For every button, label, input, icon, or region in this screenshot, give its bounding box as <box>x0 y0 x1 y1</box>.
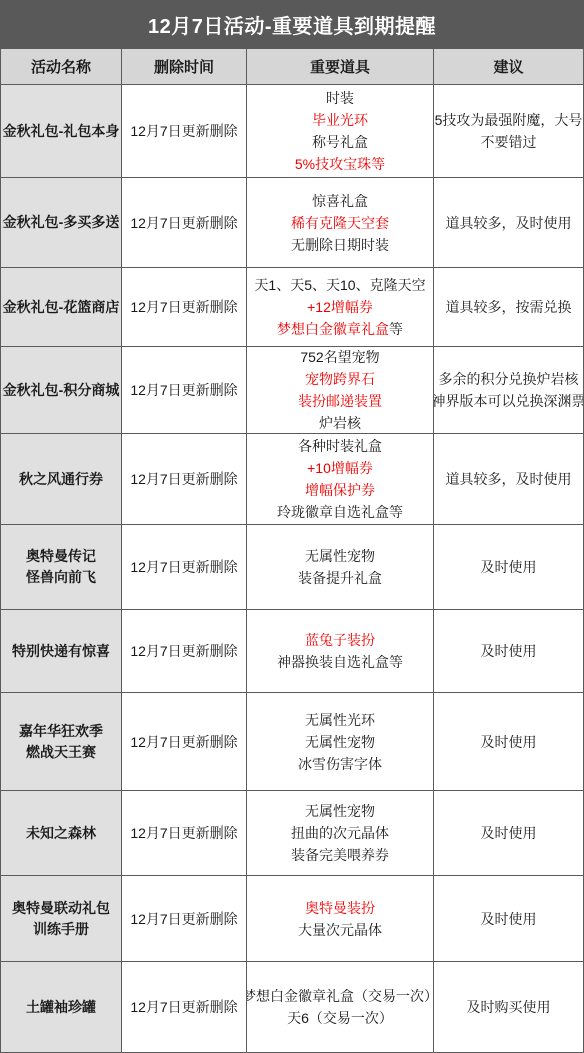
table-row: 土罐袖珍罐12月7日更新删除梦想白金徽章礼盒（交易一次）天6（交易一次）及时购买… <box>1 962 583 1053</box>
delete-time-cell: 12月7日更新删除 <box>122 693 247 790</box>
delete-time-text: 12月7日更新删除 <box>130 380 237 400</box>
delete-time-cell: 12月7日更新删除 <box>122 434 247 524</box>
item-text: 神器换装自选礼盒等 <box>277 654 403 670</box>
item-text-highlight: 蓝兔子装扮 <box>305 632 375 648</box>
item-line: 冰雪伤害字体 <box>298 753 382 775</box>
important-items-cell: 无属性光环无属性宠物冰雪伤害字体 <box>247 693 434 790</box>
activity-name-cell: 金秋礼包-花篮商店 <box>1 268 122 346</box>
item-text-highlight: 稀有克隆天空套 <box>291 215 389 231</box>
item-line: 装备提升礼盒 <box>298 567 382 589</box>
activity-name-line: 燃战天王赛 <box>26 742 96 763</box>
item-line: 扭曲的次元晶体 <box>291 822 389 844</box>
item-text: 无属性光环 <box>305 712 375 728</box>
delete-time-text: 12月7日更新删除 <box>130 997 237 1017</box>
advice-line: 及时使用 <box>481 731 537 753</box>
item-line: 毕业光环 <box>312 109 368 131</box>
item-text: 等 <box>389 321 403 337</box>
item-text: 无删除日期时装 <box>291 237 389 253</box>
item-text-highlight: 增幅保护券 <box>305 482 375 498</box>
activity-name-cell: 奥特曼联动礼包训练手册 <box>1 876 122 961</box>
table-row: 金秋礼包-积分商城12月7日更新删除752名望宠物宠物跨界石装扮邮递装置炉岩核多… <box>1 347 583 434</box>
advice-line: 及时使用 <box>481 556 537 578</box>
important-items-cell: 天1、天5、天10、克隆天空+12增幅券梦想白金徽章礼盒等 <box>247 268 434 346</box>
item-text-highlight: 宠物跨界石 <box>305 371 375 387</box>
advice-line: 道具较多，按需兑换 <box>446 296 572 318</box>
item-line: 称号礼盒 <box>312 131 368 153</box>
table-row: 奥特曼联动礼包训练手册12月7日更新删除奥特曼装扮大量次元晶体及时使用 <box>1 876 583 962</box>
item-line: 天1、天5、天10、克隆天空 <box>254 274 425 296</box>
column-header-activity-name: 活动名称 <box>1 49 122 84</box>
important-items-cell: 无属性宠物扭曲的次元晶体装备完美喂养券 <box>247 791 434 875</box>
item-line: 稀有克隆天空套 <box>291 212 389 234</box>
delete-time-cell: 12月7日更新删除 <box>122 525 247 609</box>
advice-cell: 及时购买使用 <box>434 962 583 1052</box>
advice-line: 不要错过 <box>481 131 537 153</box>
item-text-highlight: +12增幅券 <box>307 299 373 315</box>
item-line: 752名望宠物 <box>300 347 379 368</box>
item-text: 梦想白金徽章礼盒（交易一次） <box>247 988 434 1004</box>
table-row: 奥特曼传记怪兽向前飞12月7日更新删除无属性宠物装备提升礼盒及时使用 <box>1 525 583 610</box>
advice-line: 5技攻为最强附魔，大号 <box>435 109 583 131</box>
item-text-highlight: 毕业光环 <box>312 112 368 128</box>
advice-cell: 多余的积分兑换炉岩核神界版本可以兑换深渊票 <box>434 347 583 433</box>
delete-time-text: 12月7日更新删除 <box>130 213 237 233</box>
advice-cell: 及时使用 <box>434 791 583 875</box>
item-line: 宠物跨界石 <box>305 368 375 390</box>
table-row: 秋之风通行券12月7日更新删除各种时装礼盒+10增幅券增幅保护券玲珑徽章自选礼盒… <box>1 434 583 525</box>
activity-name-cell: 奥特曼传记怪兽向前飞 <box>1 525 122 609</box>
column-header-important-items: 重要道具 <box>247 49 434 84</box>
activity-name-line: 奥特曼联动礼包 <box>12 898 110 919</box>
delete-time-text: 12月7日更新删除 <box>130 469 237 489</box>
activity-name-line: 未知之森林 <box>26 823 96 844</box>
item-text: 无属性宠物 <box>305 548 375 564</box>
important-items-cell: 无属性宠物装备提升礼盒 <box>247 525 434 609</box>
item-text: 炉岩核 <box>319 415 361 431</box>
delete-time-cell: 12月7日更新删除 <box>122 610 247 692</box>
item-text: 冰雪伤害字体 <box>298 756 382 772</box>
advice-line: 及时使用 <box>481 822 537 844</box>
delete-time-cell: 12月7日更新删除 <box>122 876 247 961</box>
important-items-cell: 梦想白金徽章礼盒（交易一次）天6（交易一次） <box>247 962 434 1052</box>
item-line: 惊喜礼盒 <box>312 190 368 212</box>
item-line: 装扮邮递装置 <box>298 390 382 412</box>
advice-line: 道具较多，及时使用 <box>446 212 572 234</box>
important-items-cell: 752名望宠物宠物跨界石装扮邮递装置炉岩核 <box>247 347 434 433</box>
advice-line: 及时购买使用 <box>467 996 551 1018</box>
item-line: 梦想白金徽章礼盒等 <box>277 318 403 340</box>
delete-time-cell: 12月7日更新删除 <box>122 347 247 433</box>
item-line: 玲珑徽章自选礼盒等 <box>277 501 403 523</box>
column-header-delete-time: 删除时间 <box>122 49 247 84</box>
activity-name-line: 嘉年华狂欢季 <box>19 721 103 742</box>
item-line: 无属性宠物 <box>305 800 375 822</box>
advice-cell: 5技攻为最强附魔，大号不要错过 <box>434 85 583 177</box>
activity-name-line: 秋之风通行券 <box>19 469 103 490</box>
activity-name-cell: 土罐袖珍罐 <box>1 962 122 1052</box>
delete-time-text: 12月7日更新删除 <box>130 557 237 577</box>
item-text: 惊喜礼盒 <box>312 193 368 209</box>
activity-name-cell: 未知之森林 <box>1 791 122 875</box>
item-line: +10增幅券 <box>307 457 373 479</box>
delete-time-text: 12月7日更新删除 <box>130 297 237 317</box>
item-text: 无属性宠物 <box>305 803 375 819</box>
item-text-highlight: 装扮邮递装置 <box>298 393 382 409</box>
item-line: 奥特曼装扮 <box>305 897 375 919</box>
item-line: 蓝兔子装扮 <box>305 629 375 651</box>
item-text: 玲珑徽章自选礼盒等 <box>277 504 403 520</box>
important-items-cell: 奥特曼装扮大量次元晶体 <box>247 876 434 961</box>
item-text: 天1、天5、天10、克隆天空 <box>254 277 425 293</box>
item-line: 各种时装礼盒 <box>298 435 382 457</box>
item-line: 梦想白金徽章礼盒（交易一次） <box>247 985 434 1007</box>
advice-cell: 及时使用 <box>434 693 583 790</box>
page: 12月7日活动-重要道具到期提醒 活动名称 删除时间 重要道具 建议 金秋礼包-… <box>0 0 584 1053</box>
item-line: +12增幅券 <box>307 296 373 318</box>
item-text: 称号礼盒 <box>312 134 368 150</box>
table-header-row: 活动名称 删除时间 重要道具 建议 <box>1 49 583 85</box>
advice-line: 及时使用 <box>481 640 537 662</box>
advice-line: 神界版本可以兑换深渊票 <box>434 390 583 412</box>
reminder-table: 活动名称 删除时间 重要道具 建议 金秋礼包-礼包本身12月7日更新删除时装毕业… <box>0 49 584 1053</box>
delete-time-cell: 12月7日更新删除 <box>122 178 247 267</box>
advice-line: 道具较多，及时使用 <box>446 468 572 490</box>
table-row: 未知之森林12月7日更新删除无属性宠物扭曲的次元晶体装备完美喂养券及时使用 <box>1 791 583 876</box>
delete-time-text: 12月7日更新删除 <box>130 641 237 661</box>
activity-name-cell: 秋之风通行券 <box>1 434 122 524</box>
table-row: 特别快递有惊喜12月7日更新删除蓝兔子装扮神器换装自选礼盒等及时使用 <box>1 610 583 693</box>
item-line: 大量次元晶体 <box>298 919 382 941</box>
item-text: 各种时装礼盒 <box>298 438 382 454</box>
delete-time-text: 12月7日更新删除 <box>130 823 237 843</box>
activity-name-cell: 金秋礼包-多买多送 <box>1 178 122 267</box>
item-line: 无属性光环 <box>305 709 375 731</box>
advice-cell: 道具较多，及时使用 <box>434 434 583 524</box>
advice-line: 及时使用 <box>481 908 537 930</box>
advice-line: 多余的积分兑换炉岩核 <box>439 368 579 390</box>
item-line: 无属性宠物 <box>305 731 375 753</box>
page-title: 12月7日活动-重要道具到期提醒 <box>0 0 584 49</box>
activity-name-line: 金秋礼包-礼包本身 <box>3 121 120 142</box>
item-line: 5%技攻宝珠等 <box>295 153 385 175</box>
item-line: 神器换装自选礼盒等 <box>277 651 403 673</box>
table-body: 金秋礼包-礼包本身12月7日更新删除时装毕业光环称号礼盒5%技攻宝珠等5技攻为最… <box>1 85 583 1053</box>
item-text: 752名望宠物 <box>300 349 379 365</box>
item-line: 装备完美喂养券 <box>291 844 389 866</box>
advice-cell: 及时使用 <box>434 525 583 609</box>
item-text-highlight: +10增幅券 <box>307 460 373 476</box>
activity-name-line: 训练手册 <box>33 919 89 940</box>
item-line: 时装 <box>326 87 354 109</box>
column-header-advice: 建议 <box>434 49 583 84</box>
delete-time-text: 12月7日更新删除 <box>130 121 237 141</box>
item-line: 无属性宠物 <box>305 545 375 567</box>
item-text: 大量次元晶体 <box>298 922 382 938</box>
delete-time-text: 12月7日更新删除 <box>130 909 237 929</box>
advice-cell: 及时使用 <box>434 610 583 692</box>
activity-name-cell: 金秋礼包-礼包本身 <box>1 85 122 177</box>
advice-cell: 及时使用 <box>434 876 583 961</box>
advice-cell: 道具较多，按需兑换 <box>434 268 583 346</box>
item-text-highlight: 梦想白金徽章礼盒 <box>277 321 389 337</box>
activity-name-line: 金秋礼包-积分商城 <box>3 380 120 401</box>
item-text: 时装 <box>326 90 354 106</box>
important-items-cell: 惊喜礼盒稀有克隆天空套无删除日期时装 <box>247 178 434 267</box>
advice-cell: 道具较多，及时使用 <box>434 178 583 267</box>
table-row: 金秋礼包-礼包本身12月7日更新删除时装毕业光环称号礼盒5%技攻宝珠等5技攻为最… <box>1 85 583 178</box>
table-row: 嘉年华狂欢季燃战天王赛12月7日更新删除无属性光环无属性宠物冰雪伤害字体及时使用 <box>1 693 583 791</box>
activity-name-line: 金秋礼包-花篮商店 <box>3 297 120 318</box>
activity-name-cell: 特别快递有惊喜 <box>1 610 122 692</box>
activity-name-cell: 嘉年华狂欢季燃战天王赛 <box>1 693 122 790</box>
activity-name-cell: 金秋礼包-积分商城 <box>1 347 122 433</box>
item-line: 增幅保护券 <box>305 479 375 501</box>
item-text: 天6（交易一次） <box>287 1010 393 1026</box>
activity-name-line: 金秋礼包-多买多送 <box>3 212 120 233</box>
activity-name-line: 土罐袖珍罐 <box>26 997 96 1018</box>
important-items-cell: 各种时装礼盒+10增幅券增幅保护券玲珑徽章自选礼盒等 <box>247 434 434 524</box>
item-line: 无删除日期时装 <box>291 234 389 256</box>
delete-time-text: 12月7日更新删除 <box>130 732 237 752</box>
item-line: 炉岩核 <box>319 412 361 433</box>
delete-time-cell: 12月7日更新删除 <box>122 962 247 1052</box>
item-text: 无属性宠物 <box>305 734 375 750</box>
activity-name-line: 怪兽向前飞 <box>26 567 96 588</box>
delete-time-cell: 12月7日更新删除 <box>122 268 247 346</box>
item-text: 扭曲的次元晶体 <box>291 825 389 841</box>
important-items-cell: 时装毕业光环称号礼盒5%技攻宝珠等 <box>247 85 434 177</box>
item-line: 天6（交易一次） <box>287 1007 393 1029</box>
item-text: 装备提升礼盒 <box>298 570 382 586</box>
delete-time-cell: 12月7日更新删除 <box>122 85 247 177</box>
item-text-highlight: 奥特曼装扮 <box>305 900 375 916</box>
item-text: 装备完美喂养券 <box>291 847 389 863</box>
delete-time-cell: 12月7日更新删除 <box>122 791 247 875</box>
table-row: 金秋礼包-多买多送12月7日更新删除惊喜礼盒稀有克隆天空套无删除日期时装道具较多… <box>1 178 583 268</box>
table-row: 金秋礼包-花篮商店12月7日更新删除天1、天5、天10、克隆天空+12增幅券梦想… <box>1 268 583 347</box>
important-items-cell: 蓝兔子装扮神器换装自选礼盒等 <box>247 610 434 692</box>
activity-name-line: 奥特曼传记 <box>26 546 96 567</box>
activity-name-line: 特别快递有惊喜 <box>12 641 110 662</box>
item-text-highlight: 5%技攻宝珠等 <box>295 156 385 172</box>
